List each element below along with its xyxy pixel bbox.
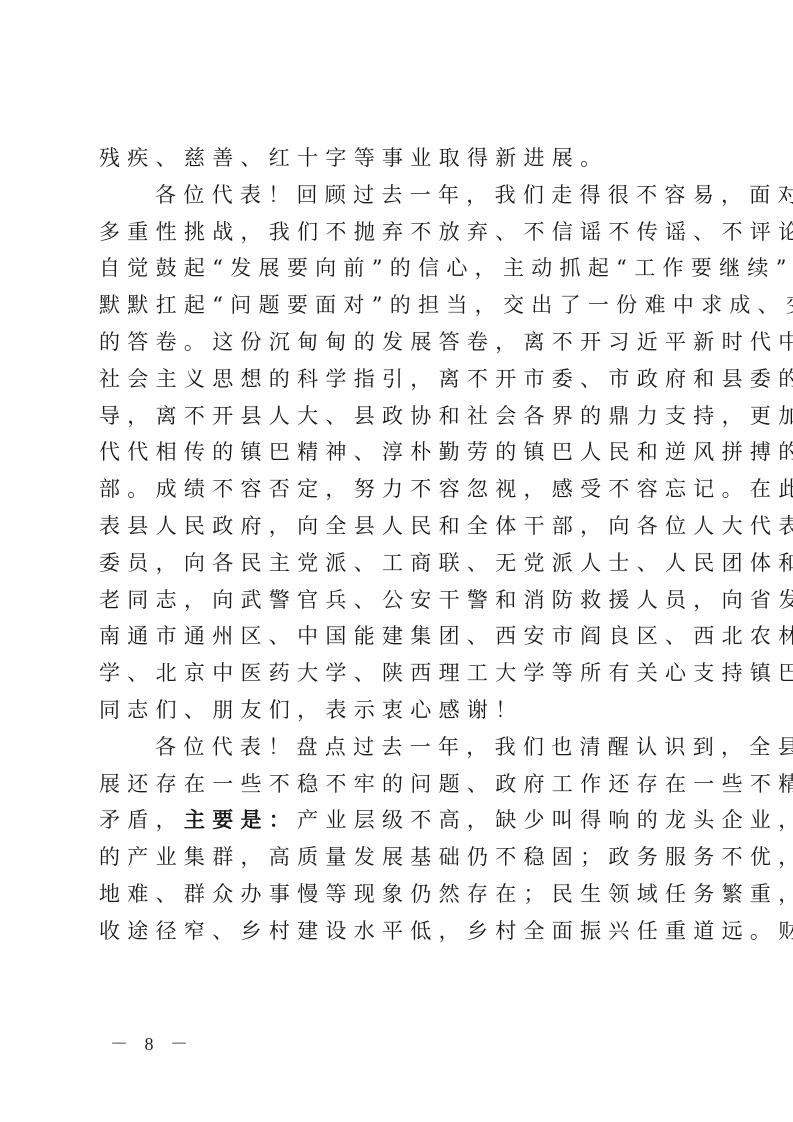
text-line: 委员，向各民主党派、工商联、无党派人士、人民团体和离退休 xyxy=(99,545,699,582)
text-line: 导，离不开县人大、县政协和社会各界的鼎力支持，更加离不开 xyxy=(99,398,699,435)
text-segment: 代代相传的镇巴精神、淳朴勤劳的镇巴人民和逆风拼搏的镇巴干 xyxy=(99,440,793,464)
text-line: 同志们、朋友们，表示衷心感谢！ xyxy=(99,692,699,729)
text-segment: 学、北京中医药大学、陕西理工大学等所有关心支持镇巴发展的 xyxy=(99,661,793,685)
text-line: 南通市通州区、中国能建集团、西安市阎良区、西北农林科技大 xyxy=(99,618,699,655)
text-segment: 地难、群众办事慢等现象仍然存在；民生领域任务繁重，群众增 xyxy=(99,882,793,906)
text-line: 多重性挑战，我们不抛弃不放弃、不信谣不传谣、不评论不争论， xyxy=(99,214,699,251)
text-line: 的答卷。这份沉甸甸的发展答卷，离不开习近平新时代中国特色 xyxy=(99,324,699,361)
bold-heading-phrase: 主要是： xyxy=(184,808,297,832)
text-segment: 南通市通州区、中国能建集团、西安市阎良区、西北农林科技大 xyxy=(99,624,793,648)
page-number: － 8 － xyxy=(110,1030,194,1056)
text-line: 自觉鼓起“发展要向前”的信心，主动抓起“工作要继续”的责任， xyxy=(99,250,699,287)
text-line: 展还存在一些不稳不牢的问题、政府工作还存在一些不精不准的 xyxy=(99,766,699,803)
text-segment: 社会主义思想的科学指引，离不开市委、市政府和县委的正确领 xyxy=(99,367,793,391)
text-line: 默默扛起“问题要面对”的担当，交出了一份难中求成、变中求进 xyxy=(99,287,699,324)
text-segment: 委员，向各民主党派、工商联、无党派人士、人民团体和离退休 xyxy=(99,551,793,575)
text-segment: 多重性挑战，我们不抛弃不放弃、不信谣不传谣、不评论不争论， xyxy=(99,220,793,244)
text-line: 表县人民政府，向全县人民和全体干部，向各位人大代表和政协 xyxy=(99,508,699,545)
text-line: 老同志，向武警官兵、公安干警和消防救援人员，向省发改委、 xyxy=(99,582,699,619)
text-segment: 自觉鼓起“发展要向前”的信心，主动抓起“工作要继续”的责任， xyxy=(99,256,793,280)
text-line: 的产业集群，高质量发展基础仍不稳固；政务服务不优，项目落 xyxy=(99,839,699,876)
text-segment: 表县人民政府，向全县人民和全体干部，向各位人大代表和政协 xyxy=(99,514,793,538)
text-segment: 同志们、朋友们，表示衷心感谢！ xyxy=(99,698,524,722)
body-text: 残疾、慈善、红十字等事业取得新进展。 各位代表！回顾过去一年，我们走得很不容易，… xyxy=(99,140,699,950)
text-segment: 的产业集群，高质量发展基础仍不稳固；政务服务不优，项目落 xyxy=(99,845,793,869)
paragraph-start-line: 各位代表！回顾过去一年，我们走得很不容易，面对内外部、 xyxy=(99,177,699,214)
text-segment: 导，离不开县人大、县政协和社会各界的鼎力支持，更加离不开 xyxy=(99,404,793,428)
paragraph-start-line: 各位代表！盘点过去一年，我们也清醒认识到，全县经济发 xyxy=(99,729,699,766)
text-line: 代代相传的镇巴精神、淳朴勤劳的镇巴人民和逆风拼搏的镇巴干 xyxy=(99,434,699,471)
text-segment: 部。成绩不容否定，努力不容忽视，感受不容忘记。在此，我代 xyxy=(99,477,793,501)
text-line: 地难、群众办事慢等现象仍然存在；民生领域任务繁重，群众增 xyxy=(99,876,699,913)
text-line: 部。成绩不容否定，努力不容忽视，感受不容忘记。在此，我代 xyxy=(99,471,699,508)
document-page: 残疾、慈善、红十字等事业取得新进展。 各位代表！回顾过去一年，我们走得很不容易，… xyxy=(0,0,793,1122)
text-line: 社会主义思想的科学指引，离不开市委、市政府和县委的正确领 xyxy=(99,361,699,398)
text-segment: 的答卷。这份沉甸甸的发展答卷，离不开习近平新时代中国特色 xyxy=(99,330,793,354)
text-segment: 残疾、慈善、红十字等事业取得新进展。 xyxy=(99,146,608,170)
text-line: 残疾、慈善、红十字等事业取得新进展。 xyxy=(99,140,699,177)
text-segment: 收途径窄、乡村建设水平低，乡村全面振兴任重道远。财政收支 xyxy=(99,919,793,943)
text-line: 矛盾，主要是：产业层级不高，缺少叫得响的龙头企业，有分量 xyxy=(99,802,699,839)
text-segment: 展还存在一些不稳不牢的问题、政府工作还存在一些不精不准的 xyxy=(99,772,793,796)
text-segment: 老同志，向武警官兵、公安干警和消防救援人员，向省发改委、 xyxy=(99,588,793,612)
text-line: 学、北京中医药大学、陕西理工大学等所有关心支持镇巴发展的 xyxy=(99,655,699,692)
text-segment: 默默扛起“问题要面对”的担当，交出了一份难中求成、变中求进 xyxy=(99,293,793,317)
text-segment: 矛盾， xyxy=(99,808,184,832)
text-segment: 各位代表！回顾过去一年，我们走得很不容易，面对内外部、 xyxy=(155,183,793,207)
text-segment: 各位代表！盘点过去一年，我们也清醒认识到，全县经济发 xyxy=(155,735,793,759)
text-segment: 产业层级不高，缺少叫得响的龙头企业，有分量 xyxy=(297,808,793,832)
text-line: 收途径窄、乡村建设水平低，乡村全面振兴任重道远。财政收支 xyxy=(99,913,699,950)
